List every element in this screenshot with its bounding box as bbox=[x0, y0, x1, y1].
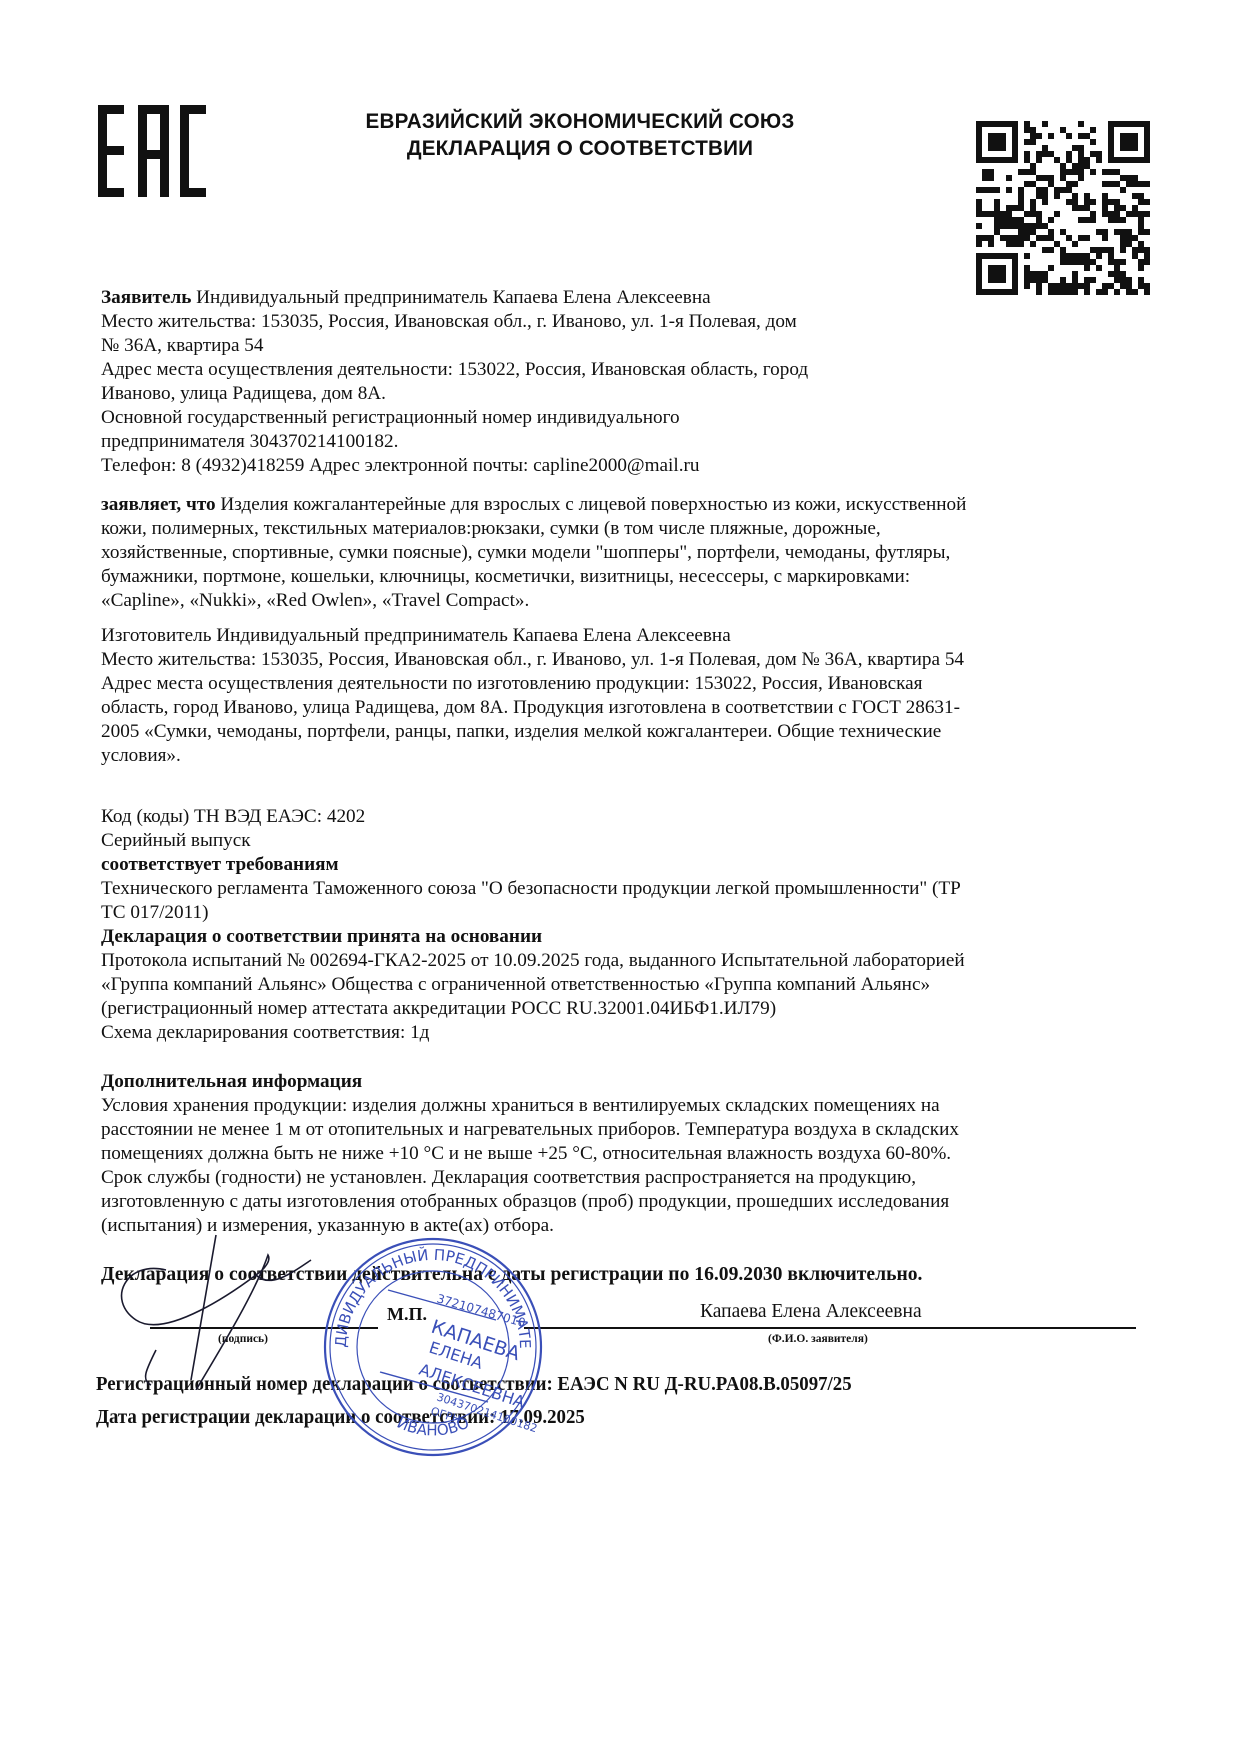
additional-heading: Дополнительная информация bbox=[101, 1071, 362, 1092]
regulation: Технического регламента Таможенного союз… bbox=[101, 877, 965, 901]
applicant-activity-address: Адрес места осуществления деятельности: … bbox=[101, 358, 808, 382]
declaration-page: ЕВРАЗИЙСКИЙ ЭКОНОМИЧЕСКИЙ СОЮЗ ДЕКЛАРАЦИ… bbox=[0, 0, 1240, 1755]
hs-code: Код (коды) ТН ВЭД ЕАЭС: 4202 bbox=[101, 805, 965, 829]
applicant-contacts: Телефон: 8 (4932)418259 Адрес электронно… bbox=[101, 454, 808, 478]
applicant-signatory-name: Капаева Елена Алексеевна bbox=[700, 1301, 922, 1323]
applicant-section: Заявитель Индивидуальный предприниматель… bbox=[101, 286, 808, 478]
storage-conditions: Условия хранения продукции: изделия долж… bbox=[101, 1094, 959, 1118]
service-life: Срок службы (годности) не установлен. Де… bbox=[101, 1166, 959, 1190]
document-title: ДЕКЛАРАЦИЯ О СООТВЕТСТВИИ bbox=[311, 135, 849, 162]
manufacturer-address-2: область, город Иваново, улица Радищева, … bbox=[101, 696, 964, 720]
manufacturer-section: Изготовитель Индивидуальный предпринимат… bbox=[101, 624, 964, 768]
product-section: заявляет, что Изделия кожгалантерейные д… bbox=[101, 493, 966, 613]
applicant-label: Заявитель bbox=[101, 287, 191, 308]
applicant-ogrnip-number: предпринимателя 304370214100182. bbox=[101, 430, 808, 454]
seal-place-label: М.П. bbox=[387, 1304, 427, 1325]
product-description: Изделия кожгалантерейные для взрослых с … bbox=[216, 494, 967, 515]
applicant-ogrnip: Основной государственный регистрационный… bbox=[101, 406, 808, 430]
basis-heading: Декларация о соответствии принята на осн… bbox=[101, 926, 542, 947]
product-description-3: хозяйственные, спортивные, сумки поясные… bbox=[101, 541, 966, 565]
manufacturer-residence: Место жительства: 153035, Россия, Иванов… bbox=[101, 648, 964, 672]
product-trademarks: «Capline», «Nukki», «Red Owlen», «Travel… bbox=[101, 589, 966, 613]
manufacturer-address: Адрес места осуществления деятельности п… bbox=[101, 672, 964, 696]
production-type: Серийный выпуск bbox=[101, 829, 965, 853]
regulation-cont: ТС 017/2011) bbox=[101, 901, 965, 925]
scope-note-2: (испытания) и измерения, указанную в акт… bbox=[101, 1214, 959, 1238]
registration-date: Дата регистрации декларации о соответств… bbox=[96, 1406, 585, 1429]
qr-code-icon[interactable] bbox=[976, 121, 1150, 295]
validity-statement: Декларация о соответствии действительна … bbox=[101, 1264, 922, 1286]
handwritten-signature-icon bbox=[96, 1230, 396, 1390]
manufacturer-standard: 2005 «Сумки, чемоданы, портфели, ранцы, … bbox=[101, 720, 964, 744]
eac-logo-icon bbox=[98, 105, 206, 197]
svg-text:ИНДИВИДУАЛЬНЫЙ ПРЕДПРИНИМАТЕЛЬ: ИНДИВИДУАЛЬНЫЙ ПРЕДПРИНИМАТЕЛЬ bbox=[318, 1232, 534, 1349]
union-title: ЕВРАЗИЙСКИЙ ЭКОНОМИЧЕСКИЙ СОЮЗ bbox=[311, 108, 849, 135]
declares-label: заявляет, что bbox=[101, 494, 216, 515]
svg-text:ЕЛЕНА: ЕЛЕНА bbox=[427, 1338, 485, 1373]
accreditation-number: (регистрационный номер аттестата аккреди… bbox=[101, 997, 965, 1021]
declaration-scheme: Схема декларирования соответствия: 1д bbox=[101, 1021, 965, 1045]
manufacturer-standard-2: условия». bbox=[101, 744, 964, 768]
storage-conditions-2: расстоянии не менее 1 м от отопительных … bbox=[101, 1118, 959, 1142]
additional-info-section: Дополнительная информация Условия хранен… bbox=[101, 1070, 959, 1238]
requirements-heading: соответствует требованиям bbox=[101, 854, 339, 875]
product-description-2: кожи, полимерных, текстильных материалов… bbox=[101, 517, 966, 541]
applicant-activity-address-cont: Иваново, улица Радищева, дом 8А. bbox=[101, 382, 808, 406]
registration-number: Регистрационный номер декларации о соотв… bbox=[96, 1373, 852, 1396]
scope-note: изготовленную с даты изготовления отобра… bbox=[101, 1190, 959, 1214]
storage-conditions-3: помещениях должна быть не ниже +10 °С и … bbox=[101, 1142, 959, 1166]
test-lab: «Группа компаний Альянс» Общества с огра… bbox=[101, 973, 965, 997]
manufacturer-name: Изготовитель Индивидуальный предпринимат… bbox=[101, 624, 964, 648]
document-header: ЕВРАЗИЙСКИЙ ЭКОНОМИЧЕСКИЙ СОЮЗ ДЕКЛАРАЦИ… bbox=[311, 108, 849, 162]
product-description-4: бумажники, портмоне, кошельки, ключницы,… bbox=[101, 565, 966, 589]
svg-text:372107487010: 372107487010 bbox=[435, 1291, 527, 1330]
applicant-residence-cont: № 36А, квартира 54 bbox=[101, 334, 808, 358]
applicant-name: Индивидуальный предприниматель Капаева Е… bbox=[191, 287, 710, 308]
name-caption: (Ф.И.О. заявителя) bbox=[768, 1333, 868, 1345]
signature-caption: (подпись) bbox=[218, 1333, 268, 1345]
name-line bbox=[524, 1327, 1136, 1329]
signature-line bbox=[150, 1327, 378, 1329]
test-protocol: Протокола испытаний № 002694-ГКА2-2025 о… bbox=[101, 949, 965, 973]
applicant-residence: Место жительства: 153035, Россия, Иванов… bbox=[101, 310, 808, 334]
compliance-section: Код (коды) ТН ВЭД ЕАЭС: 4202 Серийный вы… bbox=[101, 805, 965, 1045]
svg-text:КАПАЕВА: КАПАЕВА bbox=[428, 1316, 522, 1365]
